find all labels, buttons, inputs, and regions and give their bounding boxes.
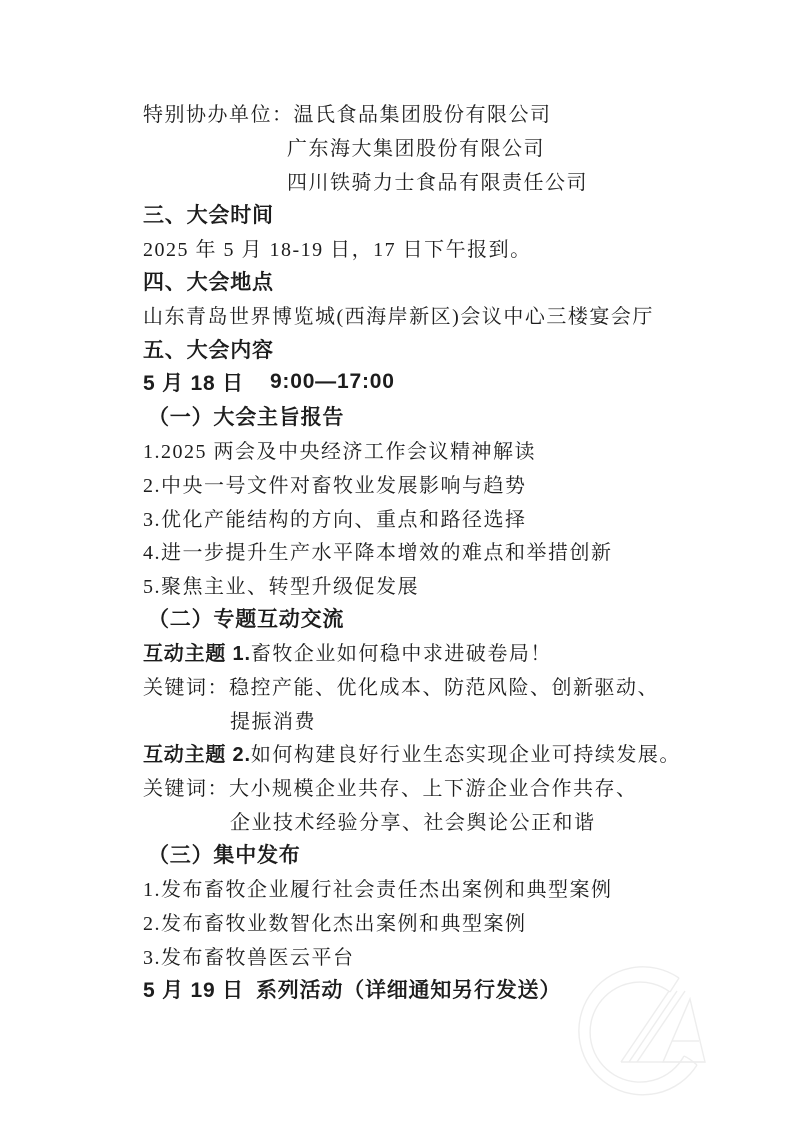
- keywords-2-label: 关键词：: [143, 772, 229, 801]
- release-item-1: 1.发布畜牧企业履行社会责任杰出案例和典型案例: [143, 871, 723, 905]
- interactive-topic-2: 互动主题 2.如何构建良好行业生态实现企业可持续发展。: [143, 736, 723, 770]
- keywords-line-2: 关键词：大小规模企业共存、上下游企业合作共存、: [143, 770, 723, 804]
- keywords-2-text: 大小规模企业共存、上下游企业合作共存、: [229, 772, 638, 801]
- keywords-line-1-cont: 提振消费: [143, 702, 723, 736]
- day1-schedule-line: 5 月 18 日 9:00—17:00: [143, 366, 723, 400]
- topic-2-text: 如何构建良好行业生态实现企业可持续发展。: [251, 738, 681, 767]
- cohost-organizers-line: 特别协办单位：温氏食品集团股份有限公司: [143, 96, 723, 130]
- subsection-interactive-exchange: （二）专题互动交流: [143, 601, 723, 635]
- keynote-item-5: 5.聚焦主业、转型升级促发展: [143, 568, 723, 602]
- day1-time-range: 9:00—17:00: [270, 370, 395, 394]
- cohost-company-3: 四川铁骑力士食品有限责任公司: [143, 163, 723, 197]
- cohost-company-2: 广东海大集团股份有限公司: [143, 130, 723, 164]
- section-heading-time: 三、大会时间: [143, 197, 723, 231]
- cohost-company-1: 温氏食品集团股份有限公司: [294, 98, 552, 127]
- meeting-time-text: 2025 年 5 月 18-19 日，17 日下午报到。: [143, 231, 723, 265]
- keynote-item-3: 3.优化产能结构的方向、重点和路径选择: [143, 500, 723, 534]
- keynote-item-1: 1.2025 两会及中央经济工作会议精神解读: [143, 433, 723, 467]
- section-heading-location: 四、大会地点: [143, 264, 723, 298]
- subsection-centralized-release: （三）集中发布: [143, 837, 723, 871]
- day2-schedule-line: 5 月 19 日 系列活动（详细通知另行发送）: [143, 972, 723, 1006]
- document-body: 特别协办单位：温氏食品集团股份有限公司 广东海大集团股份有限公司 四川铁骑力士食…: [143, 96, 723, 1006]
- document-page: 特别协办单位：温氏食品集团股份有限公司 广东海大集团股份有限公司 四川铁骑力士食…: [0, 0, 800, 1130]
- keywords-line-1: 关键词：稳控产能、优化成本、防范风险、创新驱动、: [143, 669, 723, 703]
- day2-activities-text: 系列活动（详细通知另行发送）: [256, 974, 561, 1004]
- keynote-item-4: 4.进一步提升生产水平降本增效的难点和举措创新: [143, 534, 723, 568]
- release-item-2: 2.发布畜牧业数智化杰出案例和典型案例: [143, 905, 723, 939]
- subsection-keynote-reports: （一）大会主旨报告: [143, 399, 723, 433]
- keynote-item-2: 2.中央一号文件对畜牧业发展影响与趋势: [143, 467, 723, 501]
- meeting-location-text: 山东青岛世界博览城(西海岸新区)会议中心三楼宴会厅: [143, 298, 723, 332]
- release-item-3: 3.发布畜牧兽医云平台: [143, 938, 723, 972]
- section-heading-content: 五、大会内容: [143, 332, 723, 366]
- day2-date: 5 月 19 日: [143, 974, 244, 1004]
- cohost-label: 特别协办单位：: [143, 98, 294, 127]
- keywords-1-text: 稳控产能、优化成本、防范风险、创新驱动、: [229, 671, 659, 700]
- keywords-1-label: 关键词：: [143, 671, 229, 700]
- day1-date: 5 月 18 日: [143, 367, 244, 397]
- keywords-line-2-cont: 企业技术经验分享、社会舆论公正和谐: [143, 803, 723, 837]
- topic-2-label: 互动主题 2.: [143, 738, 251, 767]
- interactive-topic-1: 互动主题 1.畜牧企业如何稳中求进破卷局！: [143, 635, 723, 669]
- topic-1-label: 互动主题 1.: [143, 637, 251, 666]
- topic-1-text: 畜牧企业如何稳中求进破卷局！: [251, 637, 552, 666]
